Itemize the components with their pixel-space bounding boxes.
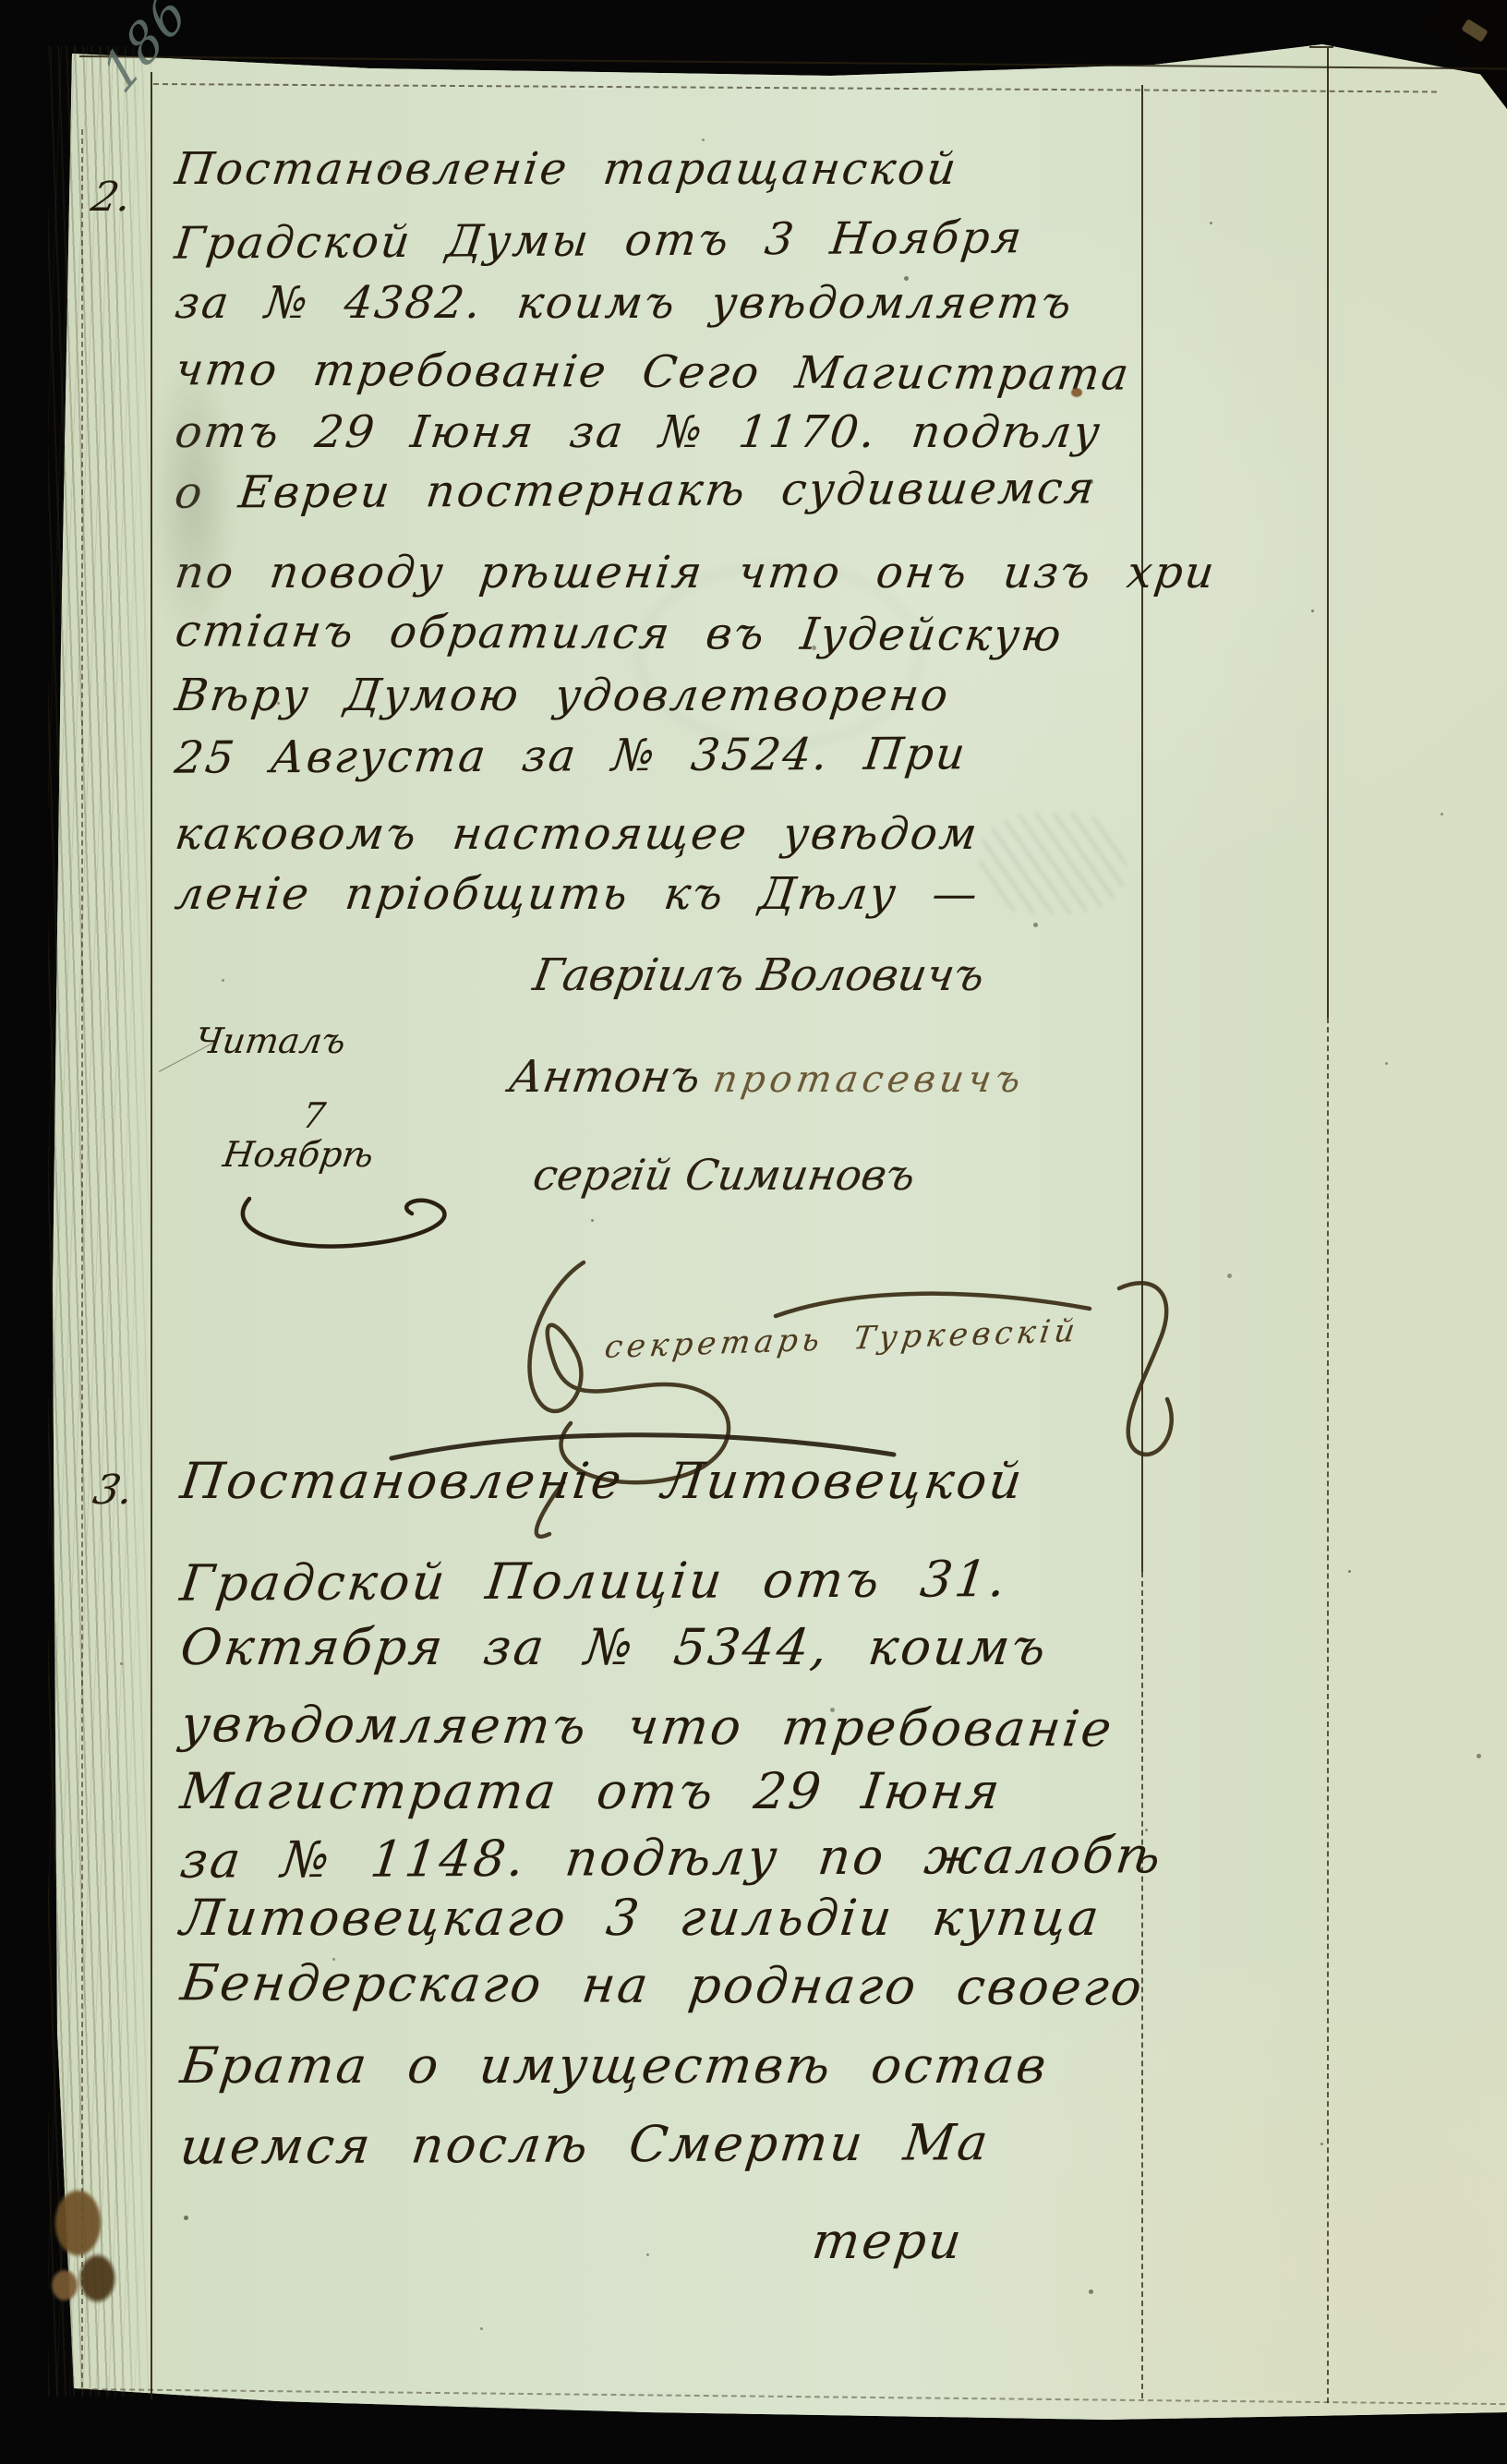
ghost-bleed-ring	[637, 563, 922, 746]
margin-dashed-line	[81, 129, 83, 2387]
entry-2-line: о Евреи постернакѣ судившемся	[172, 462, 1157, 519]
entry-2-line: Градской Думы отъ 3 Ноября	[172, 211, 1157, 269]
right-column-rule-2-lower	[1327, 1018, 1329, 2403]
entry-3-line: Градской Полиціи отъ 31.	[177, 1549, 1163, 1612]
ghost-bleed-soft	[139, 305, 249, 693]
entry-2-line: отъ 29 Іюня за № 1170. подѣлу	[173, 406, 1158, 458]
page-stack-edge	[48, 46, 157, 2397]
entry-2-line: по поводу рѣшенія что онъ изъ хри	[173, 547, 1158, 598]
margin-note-month: Ноябрѣ	[221, 1134, 376, 1175]
archival-photo: 186 2. Постановленіе таращанской Градско…	[0, 0, 1507, 2464]
margin-note-read: Читалъ	[193, 1021, 348, 1061]
entry-3-line: Октября за № 5344, коимъ	[177, 1618, 1163, 1676]
entry-3-line: шемся послѣ Смерти Ма	[177, 2112, 1163, 2176]
entry-3-line: увѣдомляетъ что требованіе	[177, 1695, 1163, 1758]
margin-note-flourish-icon	[231, 1180, 480, 1254]
ghost-bleed-hatch	[979, 813, 1127, 914]
signature-sergiy: сергій Симиновъ	[530, 1150, 919, 1200]
entry-2-line: 25 Августа за № 3524. При	[172, 727, 1157, 784]
entry-3-line: Постановленіе Литовецкой	[177, 1452, 1163, 1510]
signature-gavriil-volovich: Гавріилъ Воловичъ	[530, 949, 988, 1001]
entry-3-line: Магистрата отъ 29 Іюня	[177, 1762, 1163, 1820]
right-column-rule-2-upper	[1327, 48, 1329, 1018]
rust-speck	[1071, 388, 1082, 397]
entry-2-line: за № 4382. коимъ увѣдомляетъ	[173, 277, 1158, 329]
entry-2-line: что требованіе Сего Магистрата	[173, 344, 1157, 401]
entry-2-line: Постановленіе таращанской	[173, 143, 1158, 195]
entry-3-last-word: тери	[809, 2212, 1149, 2270]
ink-stain	[42, 2181, 131, 2320]
signature-anton-suffix: протасевичъ	[710, 1058, 1028, 1101]
signature-anton-name: Антонъ	[506, 1051, 705, 1103]
entry-3-line: Брата о имуществѣ остав	[177, 2036, 1163, 2095]
signature-anton: Антонъ протасевичъ	[506, 1051, 1030, 1103]
entry-3-line: за № 1148. подѣлу по жалобѣ	[177, 1826, 1163, 1890]
entry-3-line: Бендерскаго на роднаго своего	[177, 1953, 1163, 2017]
paper-speckles	[0, 0, 3, 3]
rule-top-hook	[1309, 46, 1333, 48]
entry-3-line: Литовецкаго 3 гильдіи купца	[177, 1889, 1163, 1947]
